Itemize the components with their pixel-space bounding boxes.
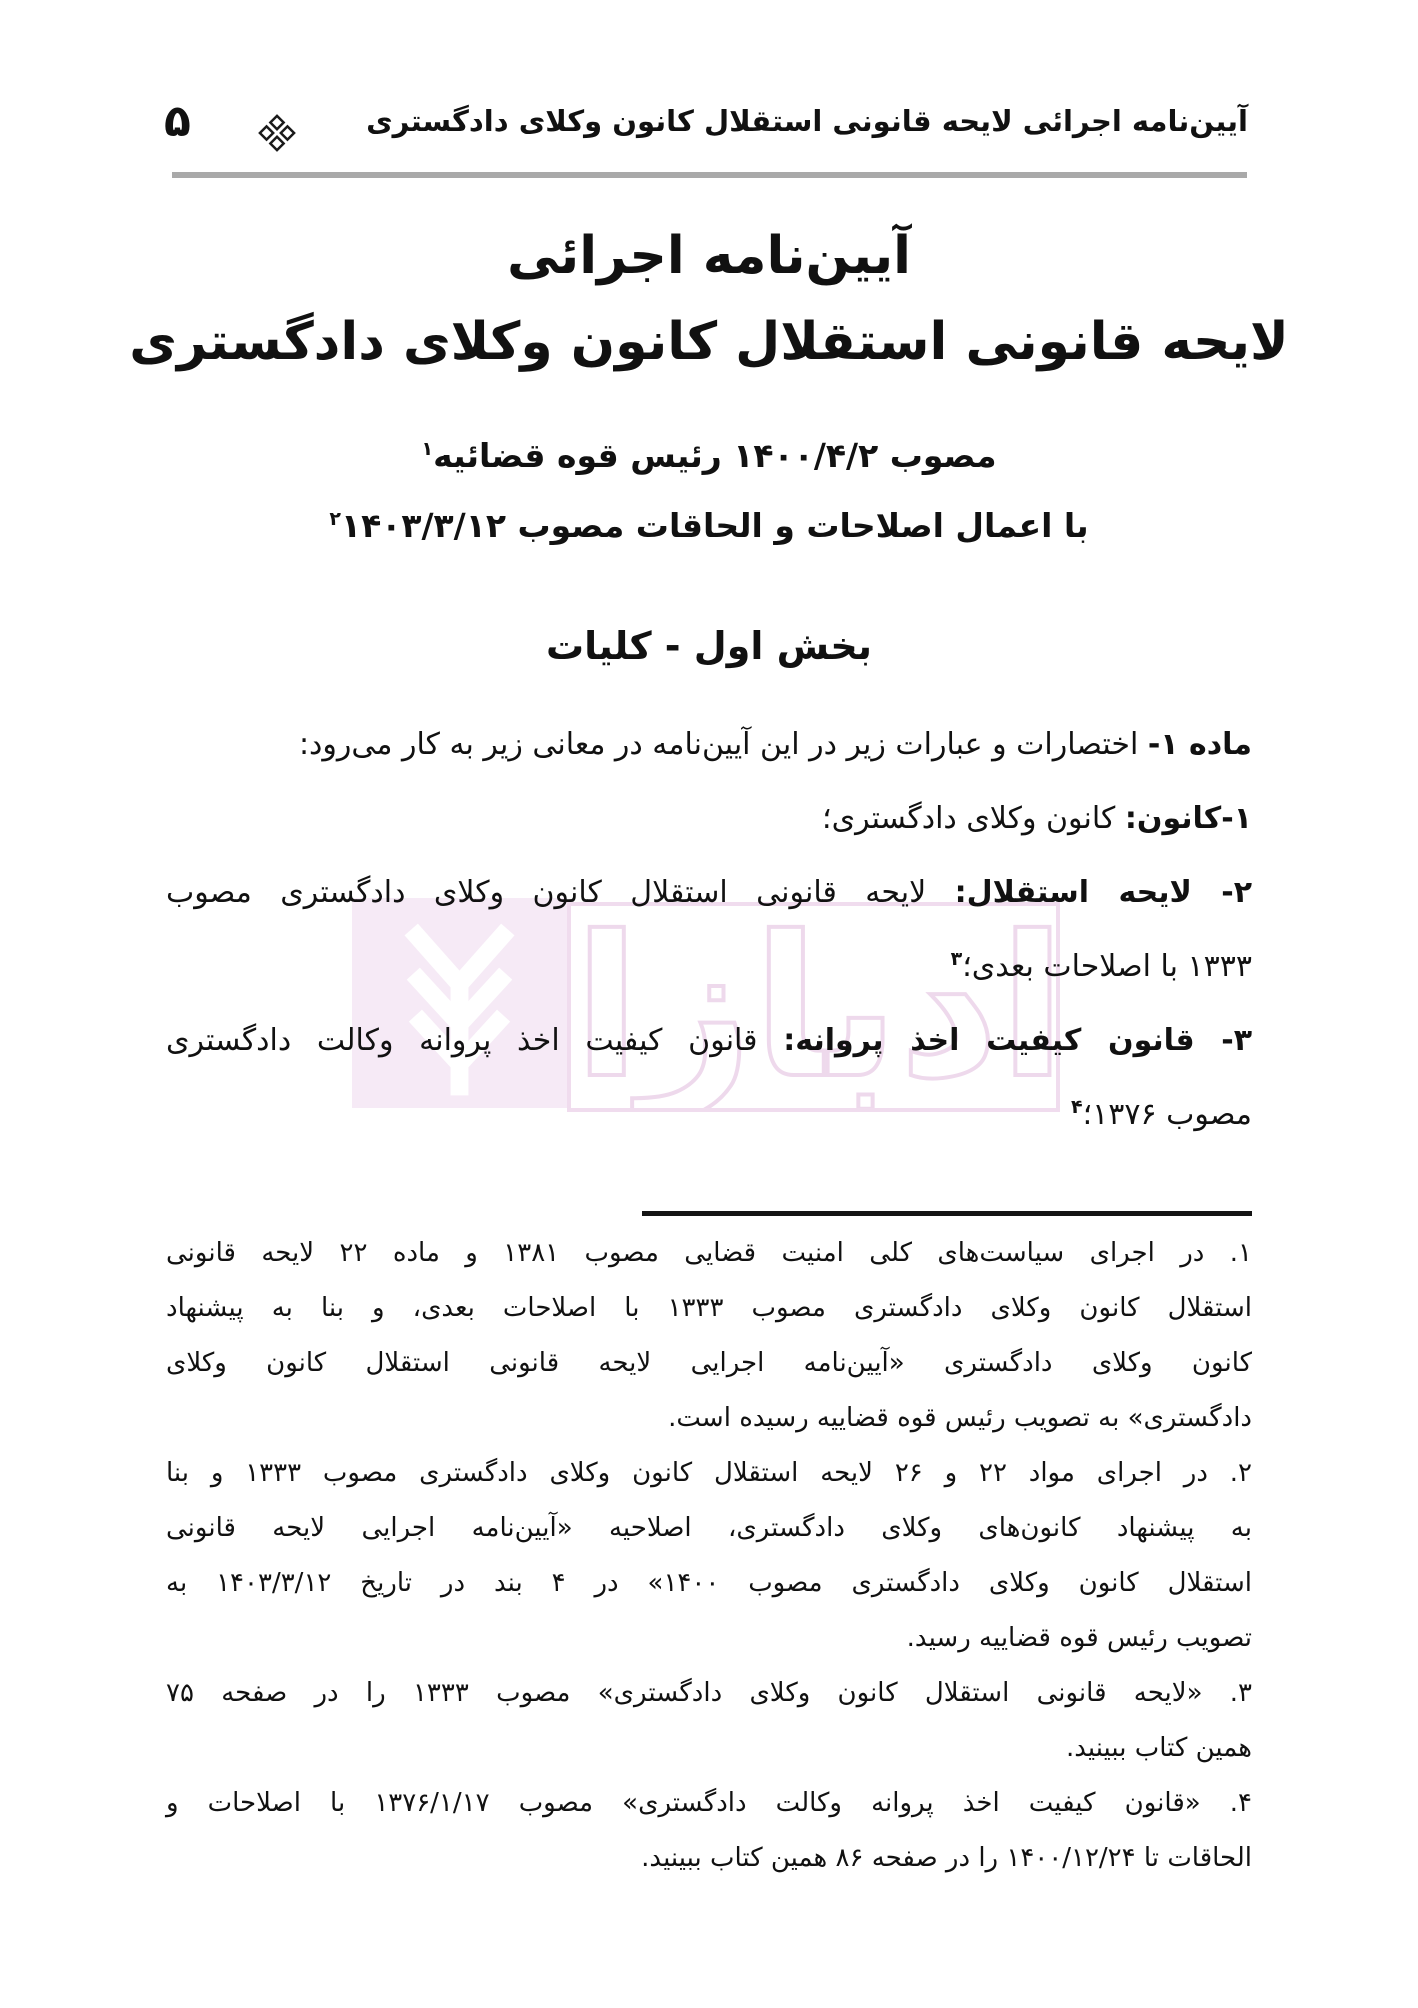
footnote-4-line: الحاقات تا ۱۴۰۰/۱۲/۲۴ را در صفحه ۸۶ همین… bbox=[166, 1831, 1252, 1886]
approval-text: مصوب ۱۴۰۰/۴/۲ رئیس قوه قضائیه bbox=[433, 436, 996, 475]
book-page: آیین‌نامه اجرائی لایحه قانونی استقلال کا… bbox=[0, 0, 1418, 2008]
definition-1-text: کانون وکلای دادگستری؛ bbox=[822, 801, 1125, 836]
definition-2-text-cont: ۱۳۳۳ با اصلاحات بعدی؛ bbox=[962, 949, 1252, 984]
article-1-label: ماده ۱- bbox=[1148, 727, 1252, 762]
approval-subtitle: مصوب ۱۴۰۰/۴/۲ رئیس قوه قضائیه۱ bbox=[0, 436, 1418, 475]
definition-2-text: لایحه قانونی استقلال کانون وکلای دادگستر… bbox=[166, 875, 955, 910]
footnote-1-line: کانون وکلای دادگستری «آیین‌نامه اجرایی ل… bbox=[166, 1336, 1252, 1391]
footnote-2-line: به پیشنهاد کانون‌های وکلای دادگستری، اصل… bbox=[166, 1501, 1252, 1556]
document-title-line2: لایحه قانونی استقلال کانون وکلای دادگستر… bbox=[0, 312, 1418, 372]
article-1-body: ماده ۱- اختصارات و عبارات زیر در این آیی… bbox=[166, 708, 1252, 1152]
definition-item-2-line1: ۲- لایحه استقلال: لایحه قانونی استقلال ک… bbox=[166, 856, 1252, 930]
definition-item-3-line2: مصوب ۱۳۷۶؛۴ bbox=[166, 1078, 1252, 1152]
section-heading: بخش اول - کلیات bbox=[0, 624, 1418, 668]
definition-item-1: ۱-کانون: کانون وکلای دادگستری؛ bbox=[166, 782, 1252, 856]
definition-3-text: قانون کیفیت اخذ پروانه وکالت دادگستری bbox=[166, 1023, 783, 1058]
footnote-3-line: همین کتاب ببینید. bbox=[166, 1721, 1252, 1776]
amendment-subtitle: با اعمال اصلاحات و الحاقات مصوب ۱۴۰۳/۳/۱… bbox=[0, 506, 1418, 545]
footnote-separator bbox=[642, 1211, 1252, 1216]
running-header-title: آیین‌نامه اجرائی لایحه قانونی استقلال کا… bbox=[366, 104, 1248, 138]
article-1-intro: ماده ۱- اختصارات و عبارات زیر در این آیی… bbox=[166, 708, 1252, 782]
footnote-ref-3: ۳ bbox=[951, 948, 963, 970]
header-rule bbox=[172, 172, 1247, 178]
footnote-ref-4: ۴ bbox=[1071, 1096, 1083, 1118]
footnotes: ۱. در اجرای سیاست‌های کلی امنیت قضایی مص… bbox=[166, 1226, 1252, 1886]
definition-item-2-line2: ۱۳۳۳ با اصلاحات بعدی؛۳ bbox=[166, 930, 1252, 1004]
definition-3-term: ۳- قانون کیفیت اخذ پروانه: bbox=[783, 1023, 1252, 1058]
footnote-1-line: استقلال کانون وکلای دادگستری مصوب ۱۳۳۳ ب… bbox=[166, 1281, 1252, 1336]
definition-2-term: ۲- لایحه استقلال: bbox=[955, 875, 1252, 910]
page-number: ۵ bbox=[164, 96, 191, 147]
definition-1-term: ۱-کانون: bbox=[1125, 801, 1252, 836]
footnote-1-line: ۱. در اجرای سیاست‌های کلی امنیت قضایی مص… bbox=[166, 1226, 1252, 1281]
document-title-line1: آیین‌نامه اجرائی bbox=[0, 226, 1418, 286]
footnote-2-line: استقلال کانون وکلای دادگستری مصوب ۱۴۰۰» … bbox=[166, 1556, 1252, 1611]
footnote-ref-2: ۲ bbox=[329, 508, 341, 530]
amendment-text: با اعمال اصلاحات و الحاقات مصوب ۱۴۰۳/۳/۱… bbox=[341, 506, 1089, 545]
footnote-ref-1: ۱ bbox=[421, 438, 433, 460]
footnote-1-line: دادگستری» به تصویب رئیس قوه قضاییه رسیده… bbox=[166, 1391, 1252, 1446]
footnote-2-line: ۲. در اجرای مواد ۲۲ و ۲۶ لایحه استقلال ک… bbox=[166, 1446, 1252, 1501]
footnote-4-line: ۴. «قانون کیفیت اخذ پروانه وکالت دادگستر… bbox=[166, 1776, 1252, 1831]
diamond-ornament-icon bbox=[258, 114, 296, 152]
definition-3-text-cont: مصوب ۱۳۷۶؛ bbox=[1083, 1097, 1252, 1132]
footnote-3-line: ۳. «لایحه قانونی استقلال کانون وکلای داد… bbox=[166, 1666, 1252, 1721]
footnote-2-line: تصویب رئیس قوه قضاییه رسید. bbox=[166, 1611, 1252, 1666]
article-1-intro-text: اختصارات و عبارات زیر در این آیین‌نامه د… bbox=[299, 727, 1148, 762]
definition-item-3-line1: ۳- قانون کیفیت اخذ پروانه: قانون کیفیت ا… bbox=[166, 1004, 1252, 1078]
